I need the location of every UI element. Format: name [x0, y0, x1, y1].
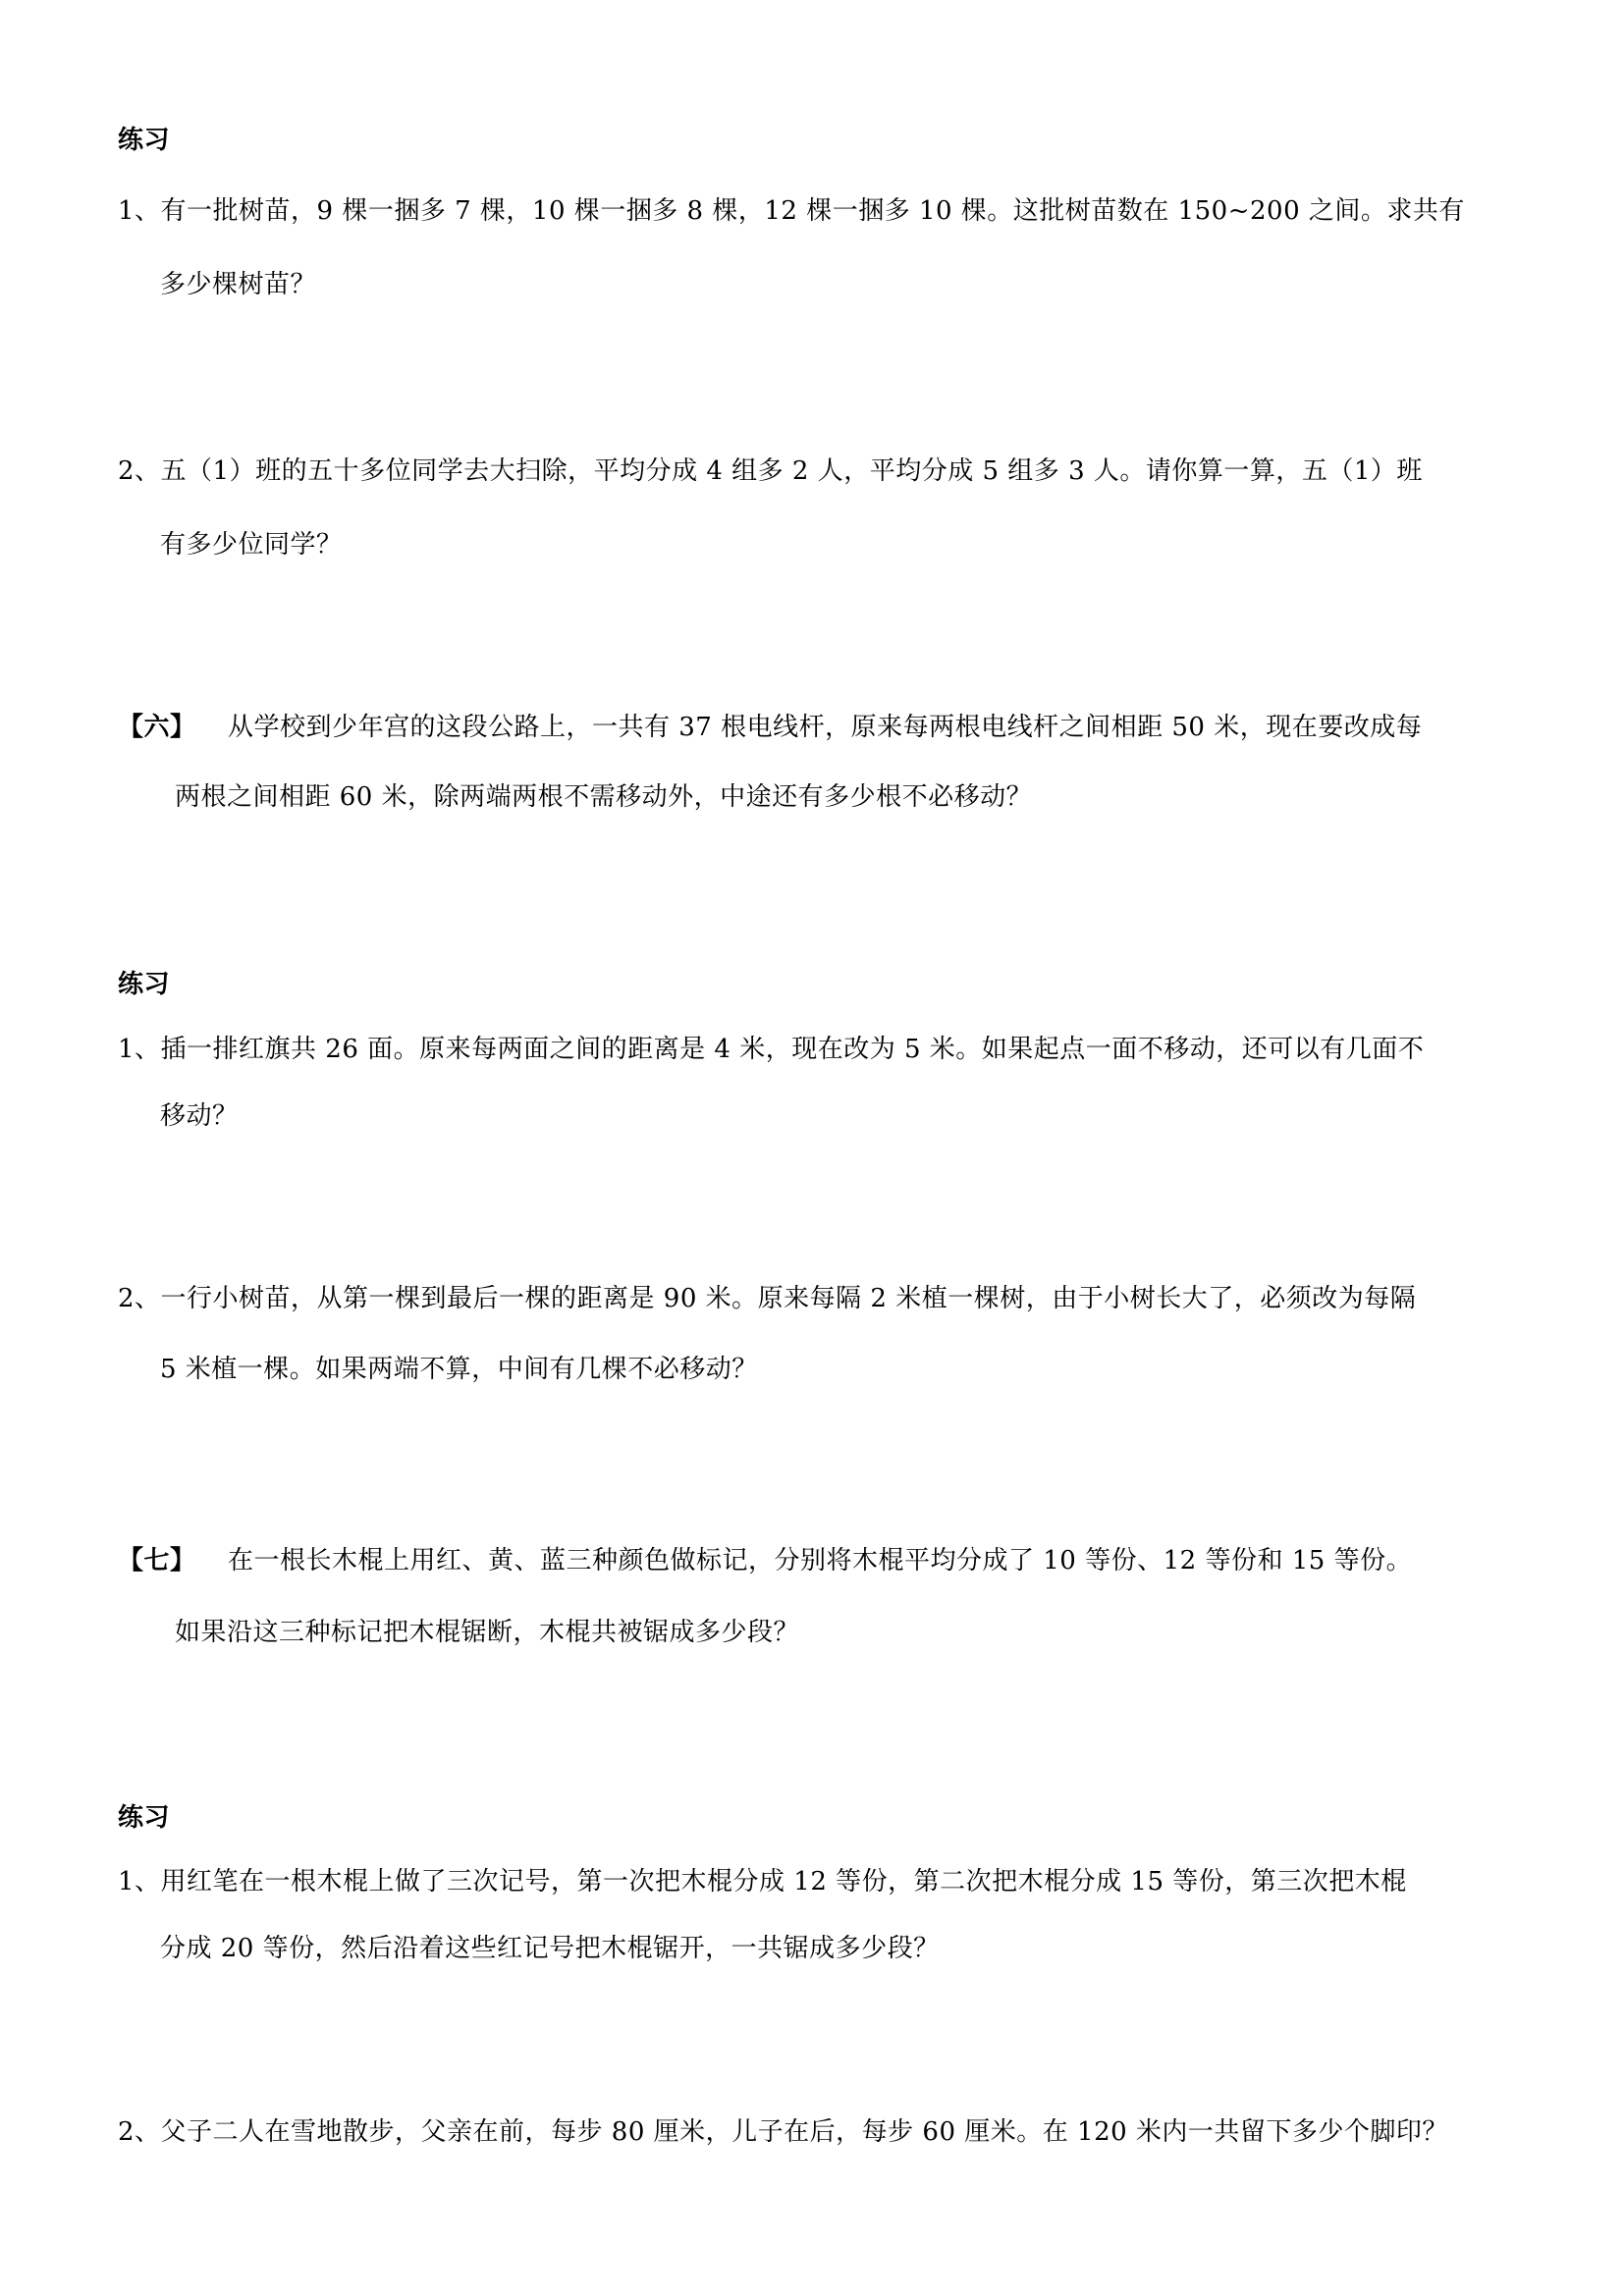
exercise-heading: 练习: [118, 126, 170, 155]
problem-text: 1、插一排红旗共 26 面。原来每两面之间的距离是 4 米，现在改为 5 米。如…: [118, 1035, 1424, 1064]
exercise-heading: 练习: [118, 1803, 170, 1833]
problem-text-continuation: 多少棵树苗？: [160, 270, 316, 299]
example-text: 从学校到少年宫的这段公路上，一共有 37 根电线杆，原来每两根电线杆之间相距 5…: [228, 713, 1422, 742]
problem-text-continuation: 有多少位同学？: [160, 530, 343, 560]
example-text-continuation: 两根之间相距 60 米，除两端两根不需移动外，中途还有多少根不必移动？: [175, 782, 1032, 812]
problem-text: 2、父子二人在雪地散步，父亲在前，每步 80 厘米，儿子在后，每步 60 厘米。…: [118, 2117, 1448, 2147]
problem-text: 2、一行小树苗，从第一棵到最后一棵的距离是 90 米。原来每隔 2 米植一棵树，…: [118, 1284, 1416, 1313]
example-label: 【七】: [118, 1546, 196, 1575]
example-text-continuation: 如果沿这三种标记把木棍锯断，木棍共被锯成多少段？: [175, 1618, 799, 1647]
problem-text-continuation: 分成 20 等份，然后沿着这些红记号把木棍锯开，一共锯成多少段？: [160, 1934, 940, 1963]
example-text: 在一根长木棍上用红、黄、蓝三种颜色做标记，分别将木棍平均分成了 10 等份、12…: [228, 1546, 1412, 1575]
exercise-heading: 练习: [118, 970, 170, 999]
problem-text-continuation: 5 米植一棵。如果两端不算，中间有几棵不必移动？: [160, 1355, 758, 1384]
problem-text: 1、用红笔在一根木棍上做了三次记号，第一次把木棍分成 12 等份，第二次把木棍分…: [118, 1867, 1407, 1896]
problem-text-continuation: 移动？: [160, 1101, 239, 1131]
example-label: 【六】: [118, 713, 196, 742]
problem-text: 2、五（1）班的五十多位同学去大扫除，平均分成 4 组多 2 人，平均分成 5 …: [118, 456, 1423, 486]
problem-text: 1、有一批树苗，9 棵一捆多 7 棵，10 棵一捆多 8 棵，12 棵一捆多 1…: [118, 196, 1465, 226]
